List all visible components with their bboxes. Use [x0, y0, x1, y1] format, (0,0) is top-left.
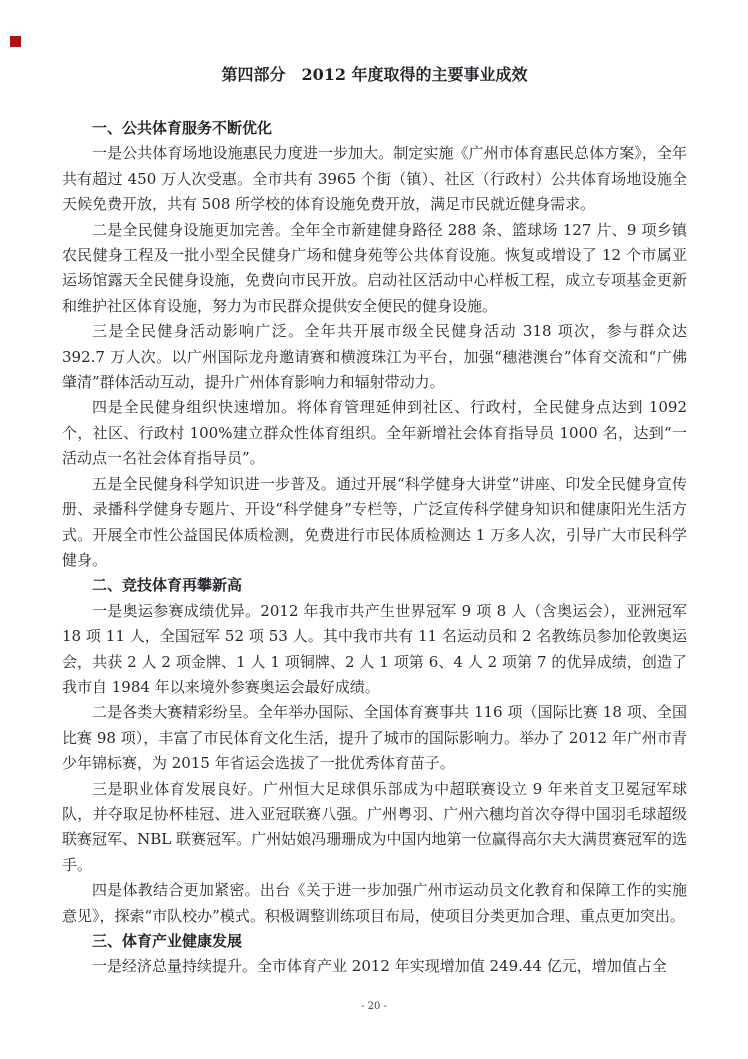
paragraph: 二是各类大赛精彩纷呈。全年举办国际、全国体育赛事共 116 项（国际比赛 18 …	[62, 700, 687, 776]
paragraph: 一是经济总量持续提升。全市体育产业 2012 年实现增加值 249.44 亿元，…	[62, 954, 687, 979]
paragraph: 四是体教结合更加紧密。出台《关于进一步加强广州市运动员文化教育和保障工作的实施意…	[62, 878, 687, 929]
page-content: 第四部分 2012 年度取得的主要事业成效 一、公共体育服务不断优化 一是公共体…	[0, 0, 748, 980]
document-title: 第四部分 2012 年度取得的主要事业成效	[62, 64, 687, 86]
page-footer: - 20 -	[0, 1001, 748, 1013]
section-competitive-sports: 二、竞技体育再攀新高 一是奥运参赛成绩优异。2012 年我市共产生世界冠军 9 …	[62, 573, 687, 929]
paragraph: 二是全民健身设施更加完善。全年全市新建健身路径 288 条、篮球场 127 片、…	[62, 218, 687, 320]
paragraph: 三是职业体育发展良好。广州恒大足球俱乐部成为中超联赛设立 9 年来首支卫冕冠军球…	[62, 777, 687, 879]
paragraph: 四是全民健身组织快速增加。将体育管理延伸到社区、行政村，全民健身点达到 1092…	[62, 395, 687, 471]
section-public-sports-services: 一、公共体育服务不断优化 一是公共体育场地设施惠民力度进一步加大。制定实施《广州…	[62, 116, 687, 573]
red-square-mark	[10, 36, 21, 47]
paragraph: 一是奥运参赛成绩优异。2012 年我市共产生世界冠军 9 项 8 人（含奥运会）…	[62, 599, 687, 701]
section-heading-3: 三、体育产业健康发展	[62, 929, 687, 954]
paragraph: 五是全民健身科学知识进一步普及。通过开展“科学健身大讲堂”讲座、印发全民健身宣传…	[62, 472, 687, 574]
page-number: - 20 -	[361, 1001, 387, 1012]
paragraph: 三是全民健身活动影响广泛。全年共开展市级全民健身活动 318 项次，参与群众达 …	[62, 319, 687, 395]
document-page: 第四部分 2012 年度取得的主要事业成效 一、公共体育服务不断优化 一是公共体…	[0, 0, 748, 1059]
paragraph: 一是公共体育场地设施惠民力度进一步加大。制定实施《广州市体育惠民总体方案》，全年…	[62, 141, 687, 217]
section-heading-2: 二、竞技体育再攀新高	[62, 573, 687, 598]
section-heading-1: 一、公共体育服务不断优化	[62, 116, 687, 141]
section-sports-industry: 三、体育产业健康发展 一是经济总量持续提升。全市体育产业 2012 年实现增加值…	[62, 929, 687, 980]
